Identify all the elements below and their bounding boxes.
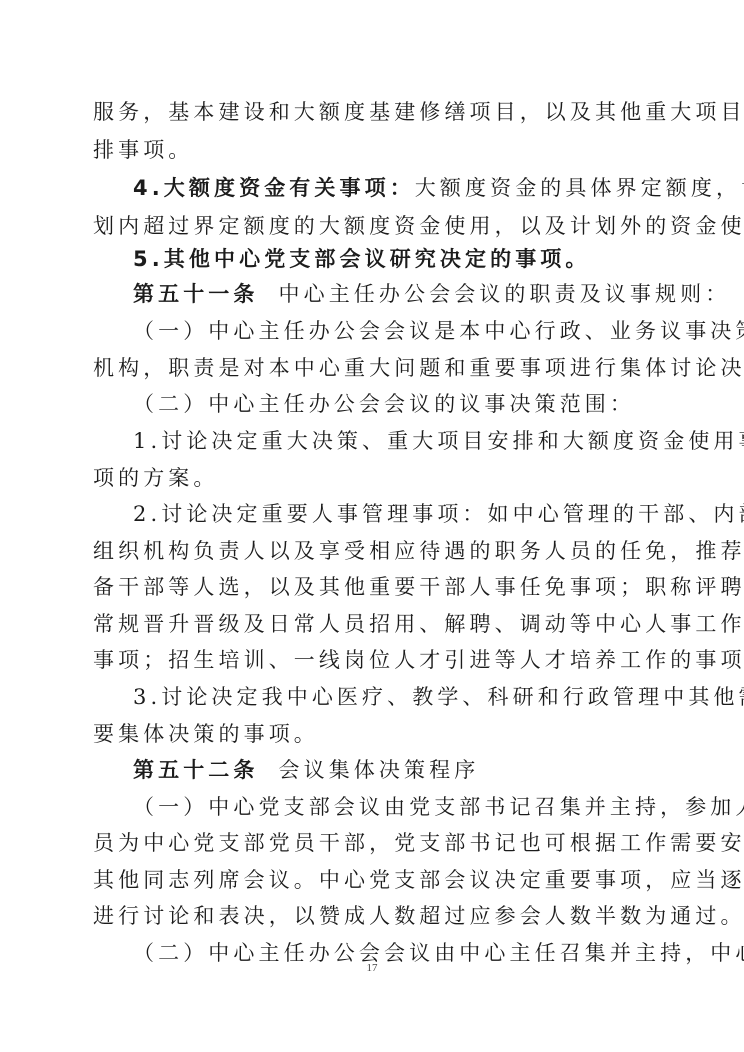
line-text: 划内超过界定额度的大额度资金使用，以及计划外的资金使用。 [93,214,744,238]
line-text: 其他同志列席会议。中心党支部会议决定重要事项，应当逐项 [93,868,744,892]
article-52-heading: 第五十二条会议集体决策程序 [133,757,639,783]
text-line: （一）中心主任办公会会议是本中心行政、业务议事决策 [133,318,639,344]
line-text: 常规晋升晋级及日常人员招用、解聘、调动等中心人事工作的 [93,612,744,636]
line-text: 机构，职责是对本中心重大问题和重要事项进行集体讨论决策。 [93,356,744,380]
list-item-4: 4.大额度资金有关事项：大额度资金的具体界定额度，计 [133,175,639,201]
line-text: 大额度资金的具体界定额度，计 [415,176,744,200]
line-text: （一）中心党支部会议由党支部书记召集并主持，参加人 [133,795,744,819]
article-number: 第五十一条 [133,282,259,306]
text-line: 划内超过界定额度的大额度资金使用，以及计划外的资金使用。 [93,213,639,239]
article-51-heading: 第五十一条中心主任办公会会议的职责及议事规则： [133,281,639,307]
text-line: 事项；招生培训、一线岗位人才引进等人才培养工作的事项。 [93,647,639,673]
line-text: 进行讨论和表决，以赞成人数超过应参会人数半数为通过。 [93,904,744,928]
text-line: 进行讨论和表决，以赞成人数超过应参会人数半数为通过。 [93,903,639,929]
text-line: 1.讨论决定重大决策、重大项目安排和大额度资金使用事 [133,428,639,454]
article-number: 第五十二条 [133,758,259,782]
line-text: 备干部等人选，以及其他重要干部人事任免事项；职称评聘、 [93,575,744,599]
text-line: 其他同志列席会议。中心党支部会议决定重要事项，应当逐项 [93,867,639,893]
line-text: 要集体决策的事项。 [93,722,319,746]
text-line: 备干部等人选，以及其他重要干部人事任免事项；职称评聘、 [93,574,639,600]
line-text: 3.讨论决定我中心医疗、教学、科研和行政管理中其他需 [133,685,744,709]
page-number: 17 [0,962,744,974]
text-line: 项的方案。 [93,465,639,491]
text-line: 3.讨论决定我中心医疗、教学、科研和行政管理中其他需 [133,684,639,710]
text-line: 要集体决策的事项。 [93,721,639,747]
item-heading: 4.大额度资金有关事项： [133,176,415,200]
text-line: 服务，基本建设和大额度基建修缮项目，以及其他重大项目安 [93,99,639,125]
text-line: 员为中心党支部党员干部，党支部书记也可根据工作需要安排 [93,830,639,856]
text-line: 2.讨论决定重要人事管理事项：如中心管理的干部、内部 [133,501,639,527]
text-line: 排事项。 [93,137,639,163]
list-item-5: 5.其他中心党支部会议研究决定的事项。 [133,246,639,272]
text-line: 机构，职责是对本中心重大问题和重要事项进行集体讨论决策。 [93,355,639,381]
line-text: 服务，基本建设和大额度基建修缮项目，以及其他重大项目安 [93,100,744,124]
text-line: 组织机构负责人以及享受相应待遇的职务人员的任免，推荐后 [93,538,639,564]
text-line: （二）中心主任办公会会议的议事决策范围： [133,391,639,417]
line-text: 项的方案。 [93,466,219,490]
item-heading: 5.其他中心党支部会议研究决定的事项。 [133,247,591,271]
line-text: （二）中心主任办公会会议的议事决策范围： [133,392,635,416]
line-text: 排事项。 [93,138,193,162]
article-title: 中心主任办公会会议的职责及议事规则： [279,282,731,306]
line-text: （一）中心主任办公会会议是本中心行政、业务议事决策 [133,319,744,343]
text-line: （一）中心党支部会议由党支部书记召集并主持，参加人 [133,794,639,820]
text-line: 常规晋升晋级及日常人员招用、解聘、调动等中心人事工作的 [93,611,639,637]
document-page: 服务，基本建设和大额度基建修缮项目，以及其他重大项目安 排事项。 4.大额度资金… [0,0,744,1052]
line-text: 2.讨论决定重要人事管理事项：如中心管理的干部、内部 [133,502,744,526]
line-text: 事项；招生培训、一线岗位人才引进等人才培养工作的事项。 [93,648,744,672]
line-text: 1.讨论决定重大决策、重大项目安排和大额度资金使用事 [133,429,744,453]
article-title: 会议集体决策程序 [279,758,480,782]
line-text: 组织机构负责人以及享受相应待遇的职务人员的任免，推荐后 [93,539,744,563]
line-text: 员为中心党支部党员干部，党支部书记也可根据工作需要安排 [93,831,744,855]
